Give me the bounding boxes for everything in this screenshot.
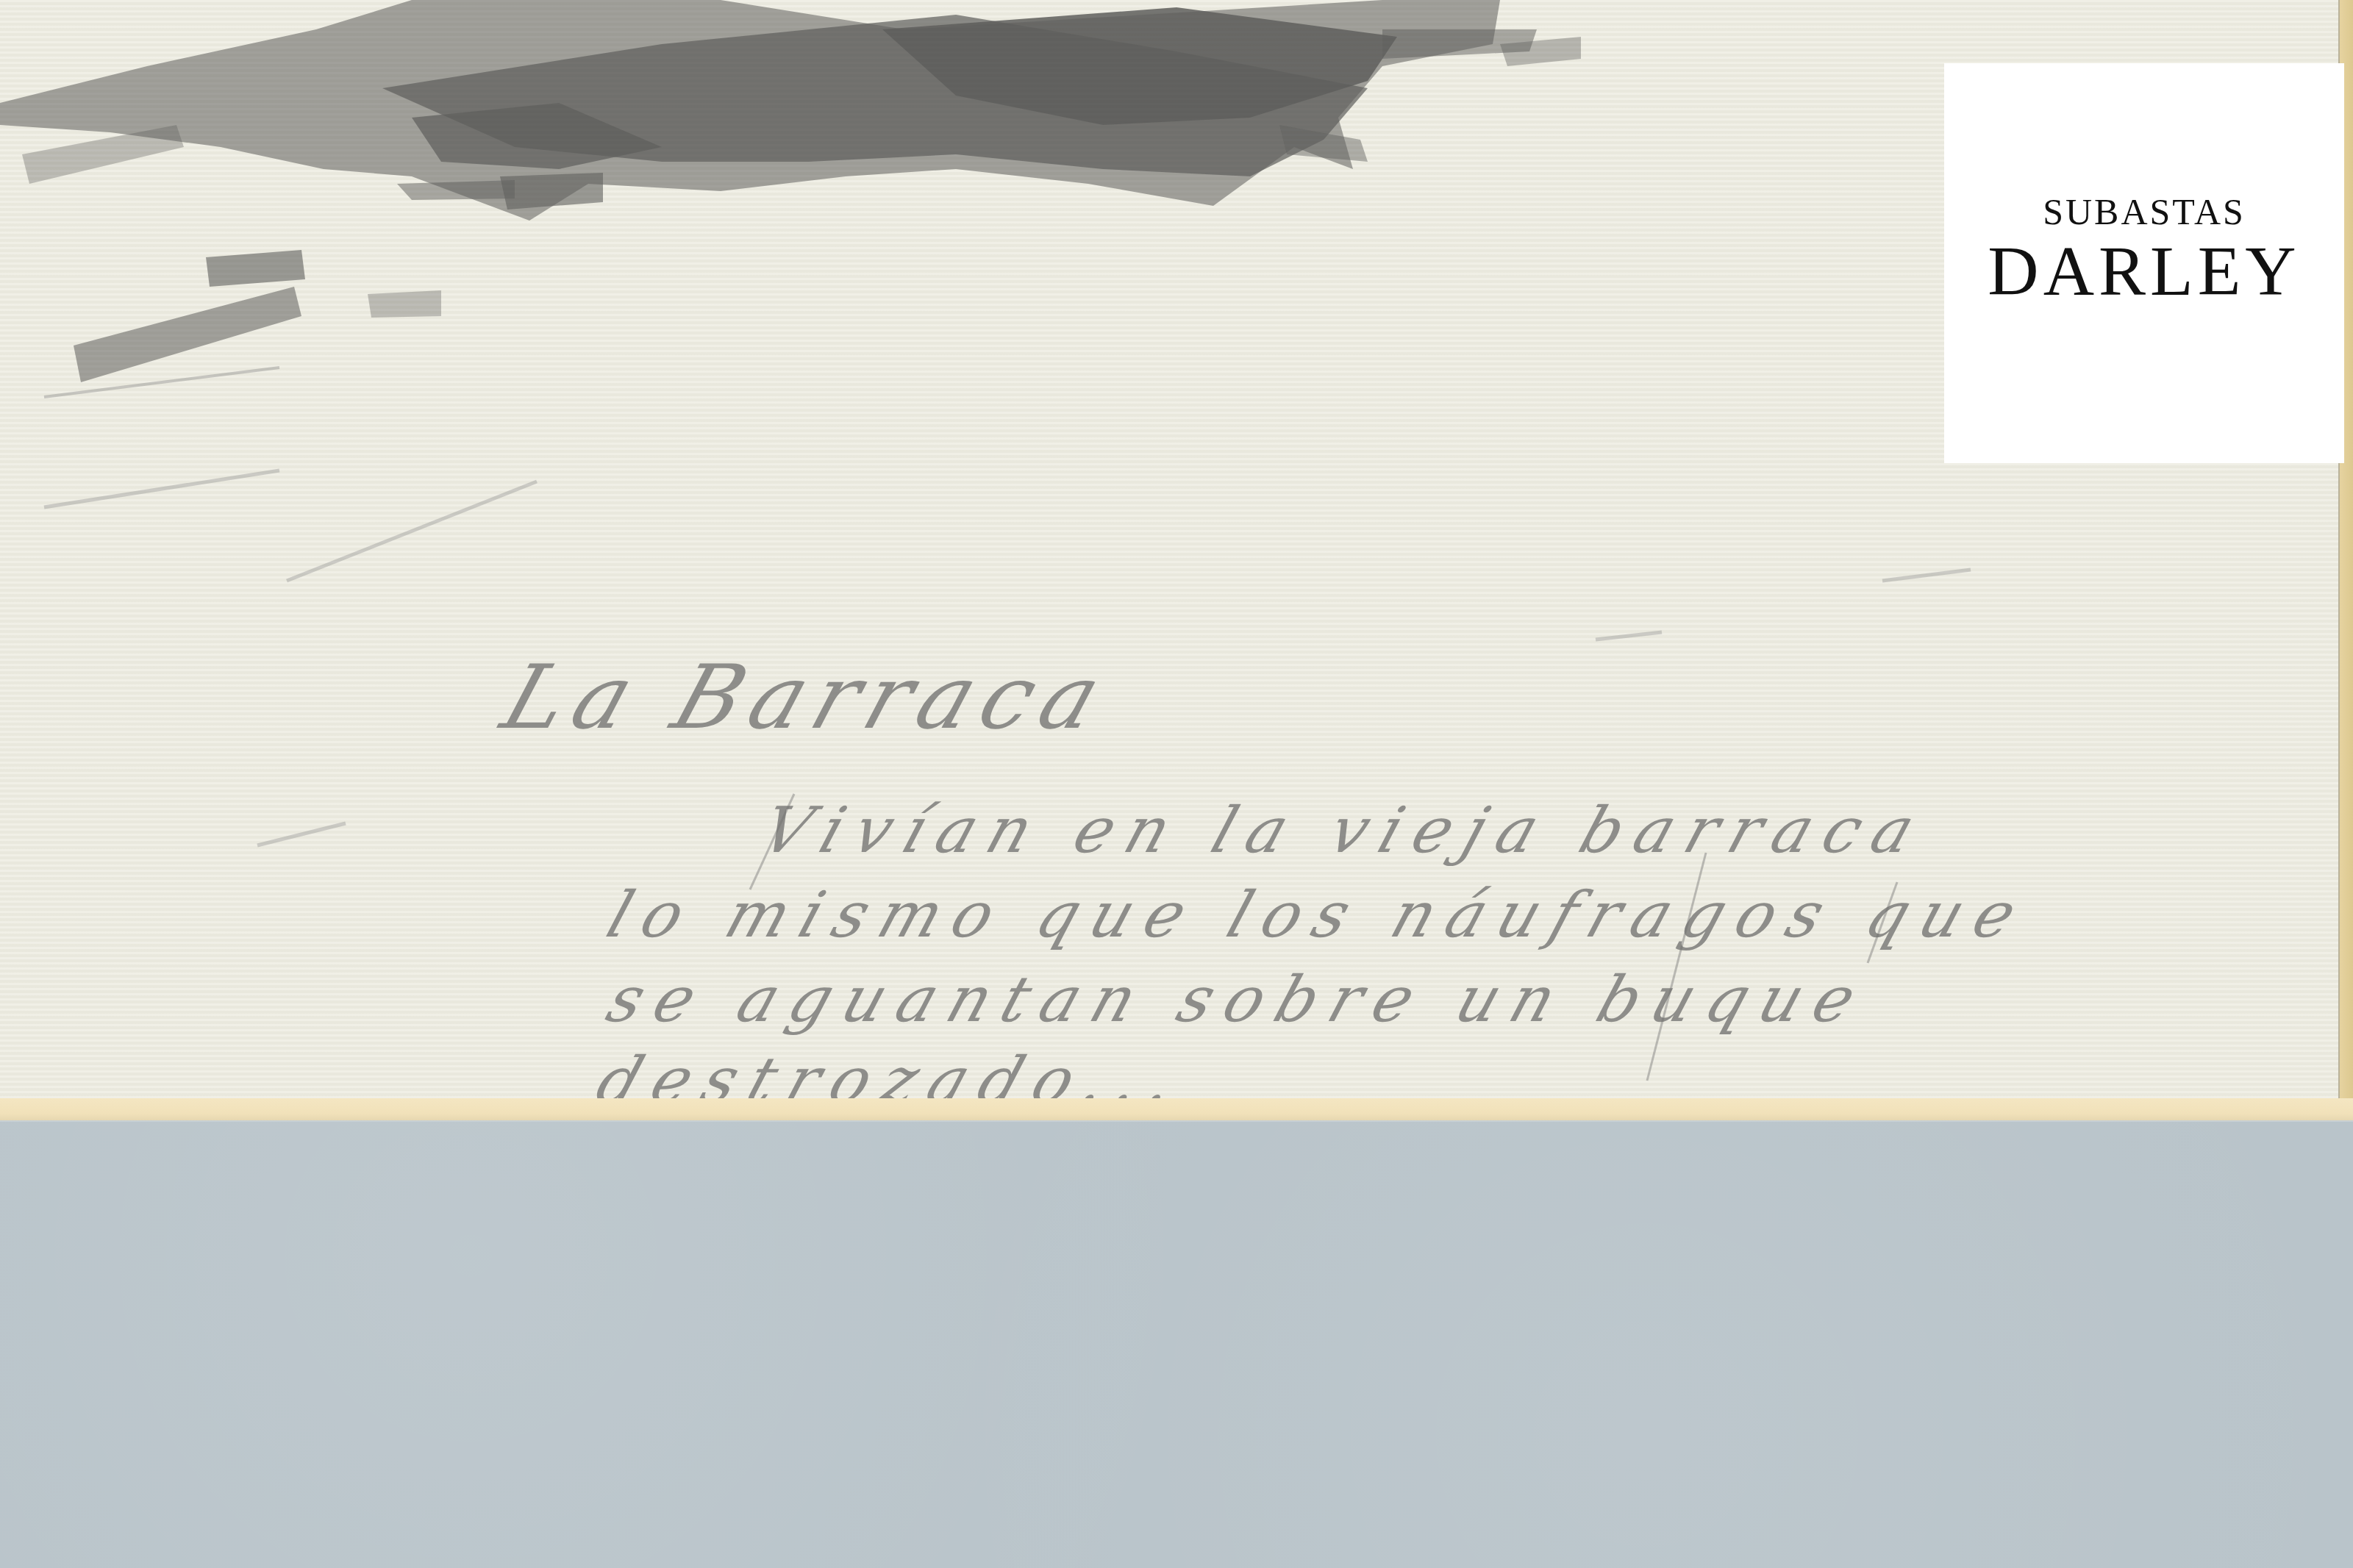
watermark-subtitle: SUBASTAS (2043, 190, 2246, 233)
handwritten-line-1: Vivían en la vieja barraca (753, 794, 1937, 867)
handwritten-title: La Barraca (490, 647, 1122, 749)
handwritten-line-4: destrozado... (594, 1044, 1196, 1098)
watermark-logo: SUBASTAS DARLEY (1944, 63, 2344, 463)
cream-mat-bottom-bevel (0, 1098, 2353, 1122)
blue-mat (0, 1122, 2353, 1568)
watermark-title: DARLEY (1988, 236, 2300, 307)
handwritten-line-3: se aguantan sobre un buque (599, 963, 1878, 1037)
handwritten-line-2: lo mismo que los náufragos que (599, 878, 2038, 952)
